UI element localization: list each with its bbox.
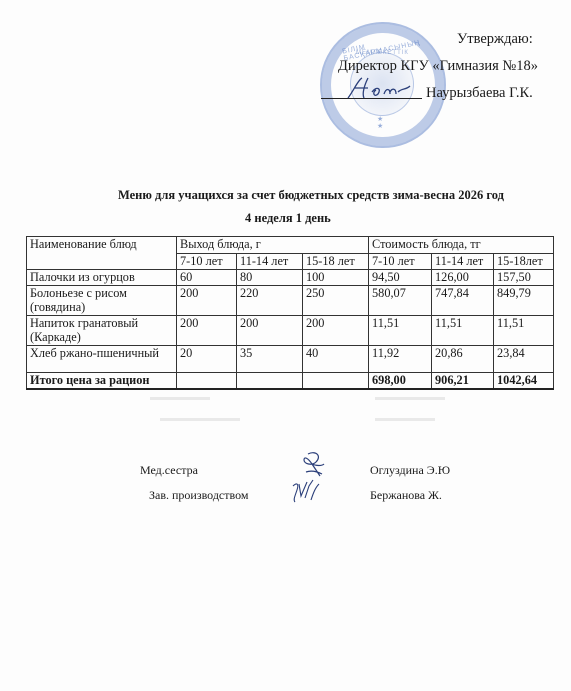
dish-name: Болоньезе с рисом (говядина) xyxy=(27,286,177,316)
total-label: Итого цена за рацион xyxy=(27,373,177,390)
director-position: Директор КГУ «Гимназия №18» xyxy=(338,58,538,75)
yield-cell: 80 xyxy=(237,270,303,286)
total-empty-cell xyxy=(237,373,303,390)
cost-cell: 126,00 xyxy=(432,270,494,286)
table-row: Напиток гранатовый (Каркаде) 200 200 200… xyxy=(27,316,554,346)
document-title: Меню для учащихся за счет бюджетных сред… xyxy=(118,188,504,203)
yield-cell: 200 xyxy=(237,316,303,346)
yield-cell: 200 xyxy=(303,316,369,346)
table-total-row: Итого цена за рацион 698,00 906,21 1042,… xyxy=(27,373,554,390)
header-cost-age: 7-10 лет xyxy=(369,254,432,270)
total-cost-cell: 698,00 xyxy=(369,373,432,390)
table-header-row: Наименование блюд Выход блюда, г Стоимос… xyxy=(27,237,554,254)
dish-name: Напиток гранатовый (Каркаде) xyxy=(27,316,177,346)
stamp-stars: ★★ xyxy=(377,116,383,130)
production-signature xyxy=(291,478,321,509)
bleed-through-text: ▬▬▬▬▬▬▬ xyxy=(375,392,445,403)
cost-cell: 23,84 xyxy=(494,346,554,373)
cost-cell: 11,92 xyxy=(369,346,432,373)
yield-cell: 250 xyxy=(303,286,369,316)
document-subtitle: 4 неделя 1 день xyxy=(245,211,331,226)
cost-cell: 157,50 xyxy=(494,270,554,286)
table-row: Палочки из огурцов 60 80 100 94,50 126,0… xyxy=(27,270,554,286)
total-empty-cell xyxy=(303,373,369,390)
yield-cell: 35 xyxy=(237,346,303,373)
approve-label: Утверждаю: xyxy=(457,31,533,48)
bleed-through-text: ▬▬▬▬▬▬ xyxy=(375,413,435,424)
nurse-role: Мед.сестра xyxy=(140,463,198,478)
header-yield-age: 7-10 лет xyxy=(177,254,237,270)
yield-cell: 20 xyxy=(177,346,237,373)
total-empty-cell xyxy=(177,373,237,390)
yield-cell: 60 xyxy=(177,270,237,286)
cost-cell: 11,51 xyxy=(494,316,554,346)
yield-cell: 200 xyxy=(177,286,237,316)
menu-table: Наименование блюд Выход блюда, г Стоимос… xyxy=(26,236,554,390)
cost-cell: 11,51 xyxy=(369,316,432,346)
yield-cell: 200 xyxy=(177,316,237,346)
cost-cell: 94,50 xyxy=(369,270,432,286)
cost-cell: 20,86 xyxy=(432,346,494,373)
header-yield-age: 11-14 лет xyxy=(237,254,303,270)
production-name: Бержанова Ж. xyxy=(370,488,442,503)
yield-cell: 220 xyxy=(237,286,303,316)
yield-cell: 100 xyxy=(303,270,369,286)
header-cost-age: 15-18лет xyxy=(494,254,554,270)
director-signature xyxy=(344,76,424,105)
nurse-name: Оглуздина Э.Ю xyxy=(370,463,450,478)
header-dish-name: Наименование блюд xyxy=(27,237,177,270)
table-row: Хлеб ржано-пшеничный 20 35 40 11,92 20,8… xyxy=(27,346,554,373)
production-role: Зав. производством xyxy=(149,488,248,503)
header-cost-group: Стоимость блюда, тг xyxy=(369,237,554,254)
total-cost-cell: 1042,64 xyxy=(494,373,554,390)
header-yield-age: 15-18 лет xyxy=(303,254,369,270)
bleed-through-text: ▬▬▬▬▬▬▬▬ xyxy=(160,413,240,424)
dish-name: Палочки из огурцов xyxy=(27,270,177,286)
table-row: Болоньезе с рисом (говядина) 200 220 250… xyxy=(27,286,554,316)
bleed-through-text: ▬▬▬▬▬▬ xyxy=(150,392,210,403)
director-name: Наурызбаева Г.К. xyxy=(426,85,533,102)
total-cost-cell: 906,21 xyxy=(432,373,494,390)
cost-cell: 580,07 xyxy=(369,286,432,316)
cost-cell: 11,51 xyxy=(432,316,494,346)
dish-name: Хлеб ржано-пшеничный xyxy=(27,346,177,373)
cost-cell: 747,84 xyxy=(432,286,494,316)
header-cost-age: 11-14 лет xyxy=(432,254,494,270)
cost-cell: 849,79 xyxy=(494,286,554,316)
header-yield-group: Выход блюда, г xyxy=(177,237,369,254)
yield-cell: 40 xyxy=(303,346,369,373)
